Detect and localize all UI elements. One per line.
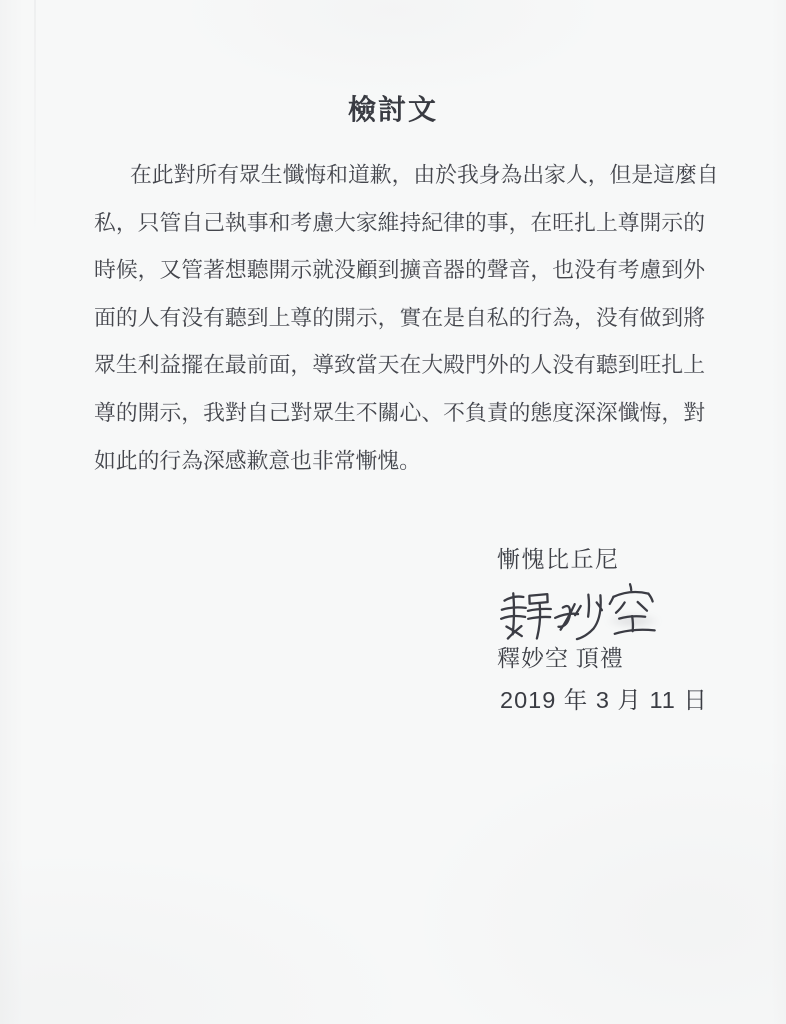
body-line: 時候，又管著想聽開示就没顧到擴音器的聲音，也没有考慮到外 <box>94 247 705 295</box>
letter-body: 在此對所有眾生懺悔和道歉，由於我身為出家人，但是這麼自 私，只管自己執事和考慮大… <box>94 152 705 485</box>
page-title: 檢討文 <box>0 88 786 128</box>
signature-date: 2019 年 3 月 11 日 <box>500 681 708 715</box>
body-line: 眾生利益擺在最前面，導致當天在大殿門外的人没有聽到旺扎上 <box>94 342 705 390</box>
body-line: 如此的行為深感歉意也非常慚愧。 <box>94 438 705 486</box>
signature-printed-name: 釋妙空 頂禮 <box>497 640 624 673</box>
handwritten-signature <box>496 579 664 647</box>
body-line: 在此對所有眾生懺悔和道歉，由於我身為出家人，但是這麼自 <box>94 152 705 200</box>
body-line: 私，只管自己執事和考慮大家維持紀律的事，在旺扎上尊開示的 <box>94 200 705 248</box>
body-line: 面的人有没有聽到上尊的開示，實在是自私的行為，没有做到將 <box>94 295 705 343</box>
body-line: 尊的開示，我對自己對眾生不關心、不負責的態度深深懺悔，對 <box>94 390 705 438</box>
signature-salutation: 慚愧比丘尼 <box>497 541 620 574</box>
scanned-letter-page: 檢討文 在此對所有眾生懺悔和道歉，由於我身為出家人，但是這麼自 私，只管自己執事… <box>0 0 786 1024</box>
